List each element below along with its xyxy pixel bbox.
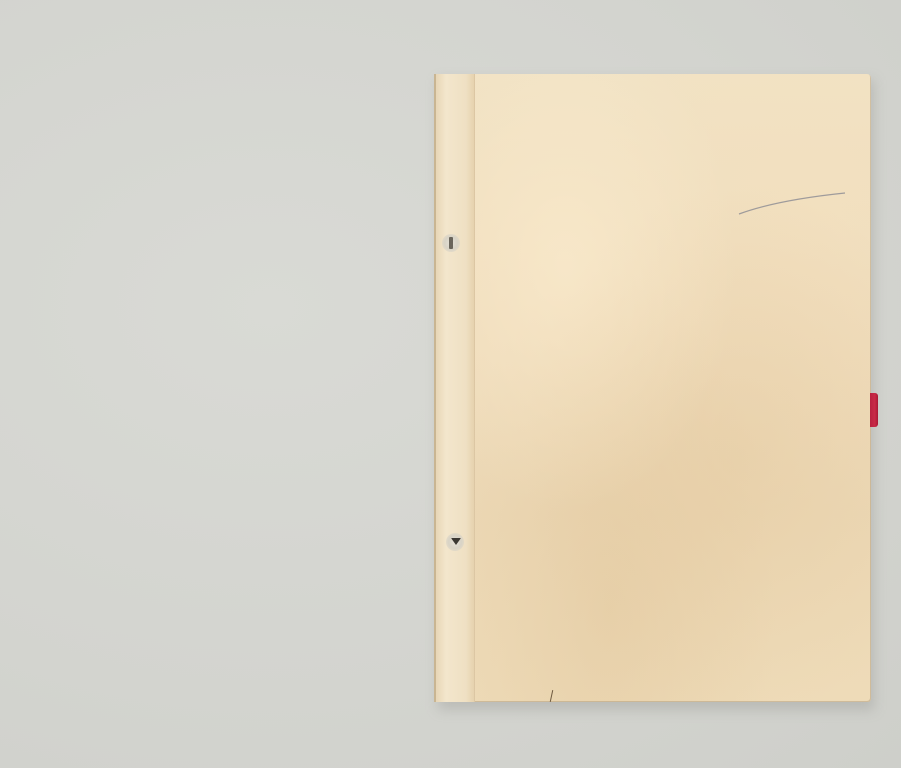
top-staple-icon [442,234,460,252]
photo-scene [0,0,901,768]
staple-mark [449,237,453,249]
red-bookmark-tab [870,393,878,427]
pencil-line-mark [737,190,847,218]
staple-mark [451,538,461,545]
spine-edge [434,74,436,702]
booklet-cover [434,74,871,702]
booklet-spine [434,74,475,702]
bottom-staple-icon [446,533,464,551]
